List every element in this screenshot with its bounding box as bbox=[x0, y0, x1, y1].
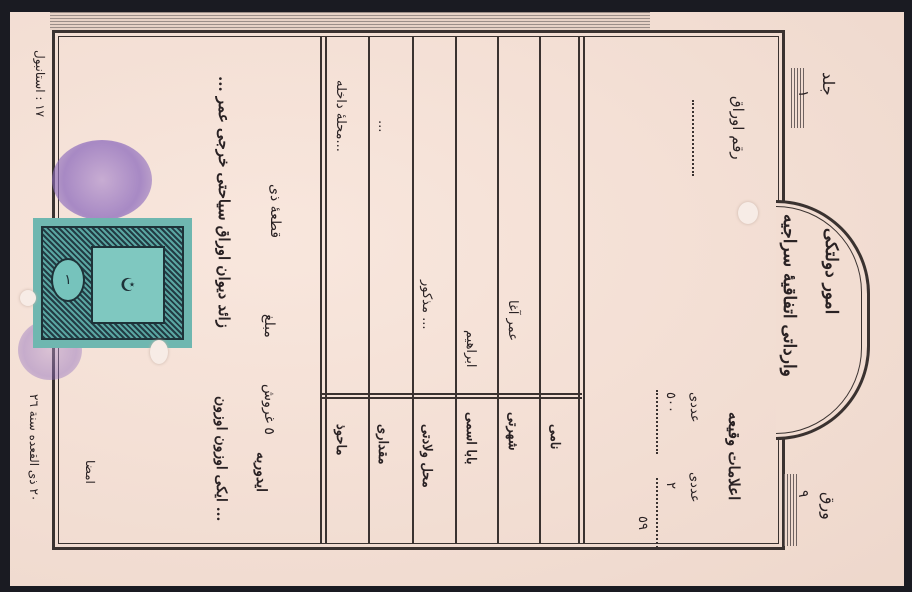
column-entry: عمر آغا bbox=[506, 300, 519, 341]
varak-number: ٩ bbox=[796, 490, 810, 498]
stamp-denomination: ١ bbox=[51, 258, 85, 302]
cilt-label: جلد bbox=[820, 72, 836, 96]
kayit-label: رقم اوراق bbox=[730, 96, 745, 160]
column-footer: شهرتی bbox=[506, 412, 519, 451]
column-footer: محل ولادتی bbox=[420, 424, 433, 488]
column-divider bbox=[539, 36, 541, 544]
amount-label: مبلغ bbox=[262, 314, 276, 338]
column-divider bbox=[583, 36, 585, 544]
punch-hole bbox=[738, 202, 758, 224]
stamp-design: ١ ☪ bbox=[41, 226, 184, 340]
punch-hole bbox=[20, 290, 36, 306]
kayit-field bbox=[692, 100, 694, 176]
column-divider bbox=[455, 36, 457, 544]
column-footer: مقداری bbox=[376, 424, 389, 464]
margin-top-note: ١٧ : استانبول bbox=[34, 50, 46, 117]
count-field-2 bbox=[656, 478, 658, 548]
column-entry: ... bbox=[376, 120, 389, 132]
column-entry: محلهٔ داخله... bbox=[334, 80, 347, 152]
main-line: ... زائد دیوان اوراق سیاحتی خرجی عمر bbox=[216, 76, 231, 328]
margin-bottom-note: ٢٠ ذی القعده سنة ٢٦ bbox=[28, 394, 40, 501]
column-entry: ابراهیم bbox=[464, 330, 477, 367]
column-divider bbox=[412, 36, 414, 544]
volume-marker bbox=[791, 68, 805, 128]
page-marker bbox=[784, 474, 798, 546]
count-value-1: ٥٠٠ bbox=[664, 392, 677, 413]
amount-value: ٥ غروش bbox=[262, 384, 276, 435]
punch-hole bbox=[150, 340, 168, 364]
cilt-number: ١ bbox=[796, 90, 810, 98]
column-divider bbox=[497, 36, 499, 544]
arch-title-line1: امور دولتكی bbox=[822, 228, 839, 314]
count-field-1 bbox=[656, 390, 658, 454]
count-value-3: ٥٩ bbox=[636, 516, 649, 530]
count-value-2: ٢ bbox=[664, 482, 677, 489]
header-strip bbox=[50, 12, 650, 30]
column-divider bbox=[368, 36, 370, 544]
location-line: ایدوربه bbox=[254, 452, 268, 492]
column-divider bbox=[320, 36, 322, 544]
column-divider bbox=[578, 36, 580, 544]
sub-line: قطعهٔ ذی bbox=[268, 184, 282, 238]
column-divider bbox=[325, 36, 327, 544]
count-label-2: عددی bbox=[688, 472, 701, 503]
varak-label: ورق bbox=[820, 492, 836, 520]
row-divider bbox=[322, 397, 582, 399]
count-label-1: عددی bbox=[688, 392, 701, 423]
tughra-icon: ☪ bbox=[91, 246, 165, 324]
date-line: ایکی اوزون اوزون ... bbox=[214, 396, 228, 521]
column-footer: بابا اسمی bbox=[464, 412, 477, 465]
purple-seal bbox=[52, 140, 152, 220]
column-entry: مذکور ... bbox=[420, 280, 433, 330]
column-footer: نامی bbox=[548, 424, 561, 449]
row-divider bbox=[322, 393, 582, 395]
arch-title-line2: وارداتی اتفاقیهٔ سراجیه bbox=[780, 214, 797, 377]
column-footer: ماحوذ bbox=[334, 424, 347, 455]
signature: امضا bbox=[84, 460, 96, 484]
revenue-stamp: ١ ☪ bbox=[33, 218, 192, 348]
ilm-label: اعلامات وقیعه bbox=[726, 412, 741, 500]
